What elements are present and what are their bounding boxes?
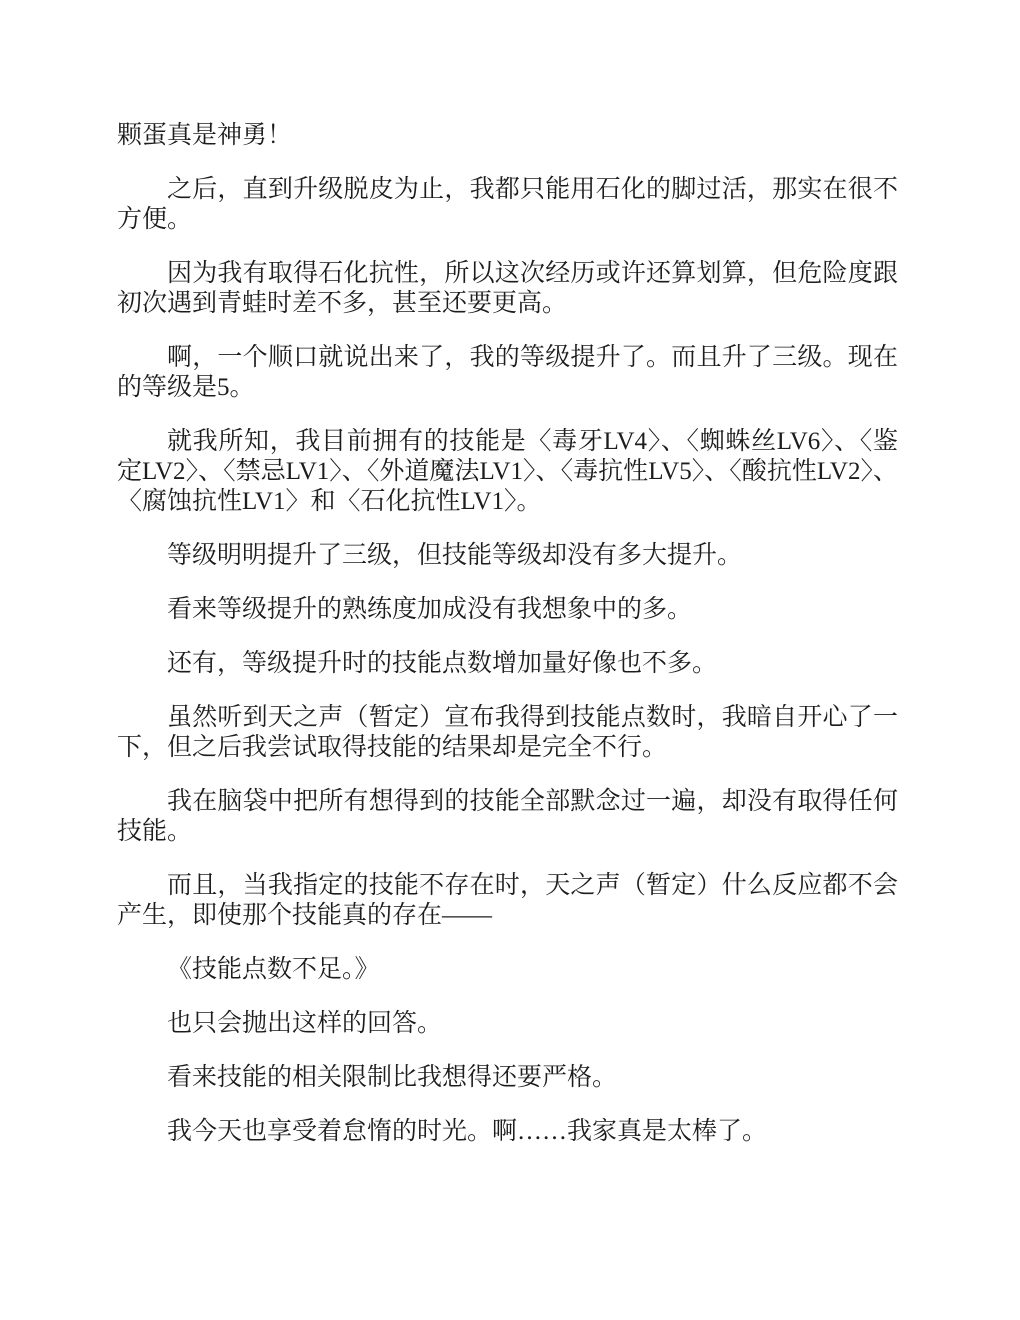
paragraph: 还有，等级提升时的技能点数增加量好像也不多。: [117, 649, 898, 679]
paragraph: 就我所知，我目前拥有的技能是〈毒牙LV4〉、〈蜘蛛丝LV6〉、〈鉴定LV2〉、〈…: [117, 427, 898, 517]
paragraph: 看来技能的相关限制比我想得还要严格。: [117, 1063, 898, 1093]
paragraph: 也只会抛出这样的回答。: [117, 1009, 898, 1039]
paragraph: 啊，一个顺口就说出来了，我的等级提升了。而且升了三级。现在的等级是5。: [117, 343, 898, 403]
paragraph: 颗蛋真是神勇！: [117, 121, 898, 151]
paragraph: 我在脑袋中把所有想得到的技能全部默念过一遍，却没有取得任何技能。: [117, 787, 898, 847]
paragraph: 我今天也享受着怠惰的时光。啊……我家真是太棒了。: [117, 1117, 898, 1147]
paragraph: 虽然听到天之声（暂定）宣布我得到技能点数时，我暗自开心了一下，但之后我尝试取得技…: [117, 703, 898, 763]
paragraph: 之后，直到升级脱皮为止，我都只能用石化的脚过活，那实在很不方便。: [117, 175, 898, 235]
paragraph: 因为我有取得石化抗性，所以这次经历或许还算划算，但危险度跟初次遇到青蛙时差不多，…: [117, 259, 898, 319]
paragraph: 《技能点数不足。》: [117, 955, 898, 985]
document-page: 颗蛋真是神勇！ 之后，直到升级脱皮为止，我都只能用石化的脚过活，那实在很不方便。…: [0, 0, 1020, 1320]
paragraph: 而且，当我指定的技能不存在时，天之声（暂定）什么反应都不会产生，即使那个技能真的…: [117, 871, 898, 931]
paragraph: 等级明明提升了三级，但技能等级却没有多大提升。: [117, 541, 898, 571]
paragraph: 看来等级提升的熟练度加成没有我想象中的多。: [117, 595, 898, 625]
text-block: 颗蛋真是神勇！ 之后，直到升级脱皮为止，我都只能用石化的脚过活，那实在很不方便。…: [117, 121, 898, 1171]
